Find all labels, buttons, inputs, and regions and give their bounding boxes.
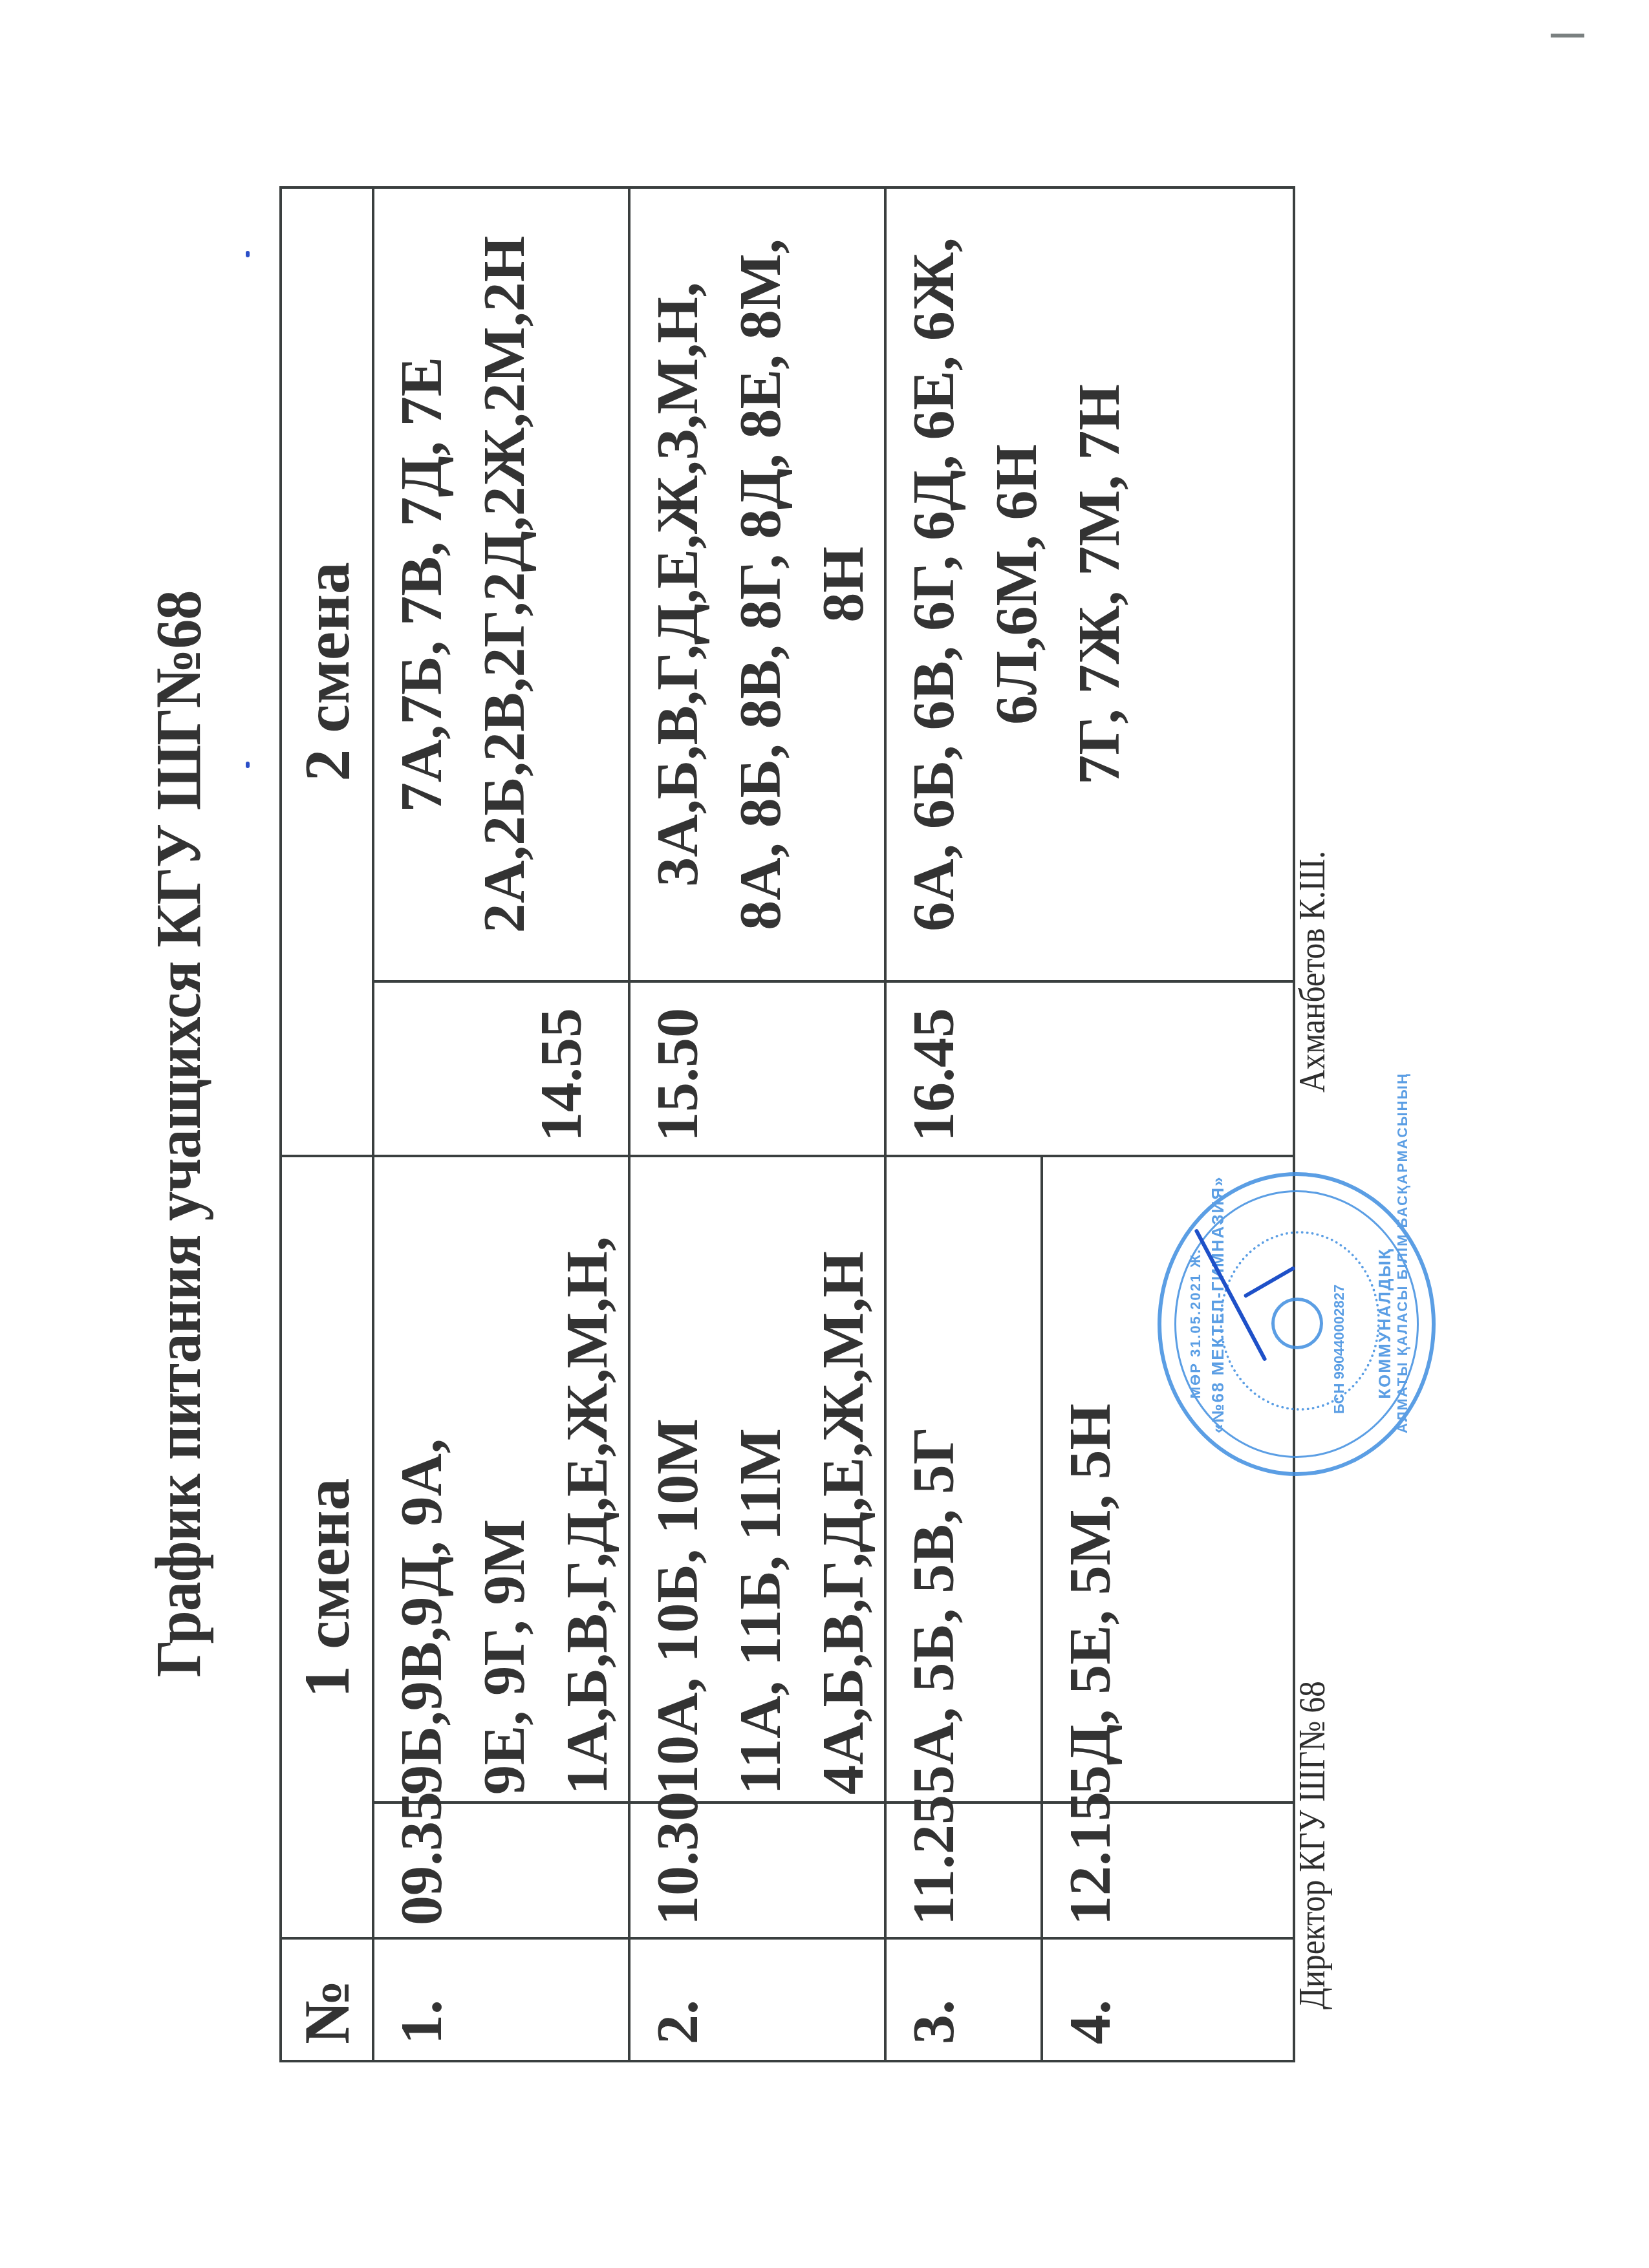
- class-line: 1А,Б,В,Г,Д,Е,Ж,М,Н,: [545, 1157, 628, 1795]
- shift1-time: 10.30: [629, 1803, 885, 1938]
- header-shift-2: 2 смена: [281, 187, 373, 1156]
- row-number: 3.: [885, 1938, 1042, 2061]
- class-line: 9Е, 9Г, 9М: [462, 1157, 545, 1795]
- shift1-time: 12.15: [1042, 1803, 1294, 1938]
- class-line: 5Д, 5Е, 5М, 5Н: [1048, 1157, 1131, 1795]
- shift1-time: 09.35: [373, 1803, 629, 1938]
- scan-edge-mark: [1551, 34, 1584, 37]
- shift1-time: 11.25: [885, 1803, 1042, 1938]
- document-title: График питания учащихся КГУ ШГ№68: [141, 91, 215, 2177]
- director-title: Директор КГУ ШГ№ 68: [1290, 1681, 1333, 2009]
- class-line: 8А, 8Б, 8В, 8Г, 8Д, 8Е, 8М,: [718, 189, 801, 980]
- state-emblem-icon: [1271, 1298, 1323, 1349]
- official-stamp: МӨР 31.05.2021 Ж. «№68 МЕКТЕП-ГИМНАЗИЯ» …: [1158, 1172, 1436, 1476]
- header-number: №: [281, 1938, 373, 2061]
- header-shift-1: 1 смена: [281, 1156, 373, 1938]
- row-number: 4.: [1042, 1938, 1294, 2061]
- meal-schedule-table: № 1 смена 2 смена 1. 09.35 9Б,9В,9Д, 9А,…: [279, 186, 1295, 2062]
- shift1-classes: 10А, 10Б, 10М 11А, 11Б, 11М 4А,Б,В,Г,Д,Е…: [629, 1156, 885, 1803]
- stamp-ring-text-bottom-outer: АЛМАТЫ ҚАЛАСЫ БІЛІМ БАСҚАРМАСЫНЫҢ: [1394, 1214, 1411, 1433]
- shift2-classes: 6А, 6Б, 6В, 6Г, 6Д, 6Е, 6Ж, 6Л,6М, 6Н 7Г…: [885, 187, 1294, 981]
- shift2-classes: 7А,7Б, 7В, 7Д, 7Е 2А,2Б,2В,2Г,2Д,2Ж,2М,2…: [373, 187, 629, 981]
- class-line: 2А,2Б,2В,2Г,2Д,2Ж,2М,2Н: [462, 189, 545, 980]
- table-row: 2. 10.30 10А, 10Б, 10М 11А, 11Б, 11М 4А,…: [629, 187, 885, 2061]
- table-row: 3. 11.25 5А, 5Б, 5В, 5Г 16.45 6А, 6Б, 6В…: [885, 187, 1042, 2061]
- document-page: График питания учащихся КГУ ШГ№68 № 1 см…: [0, 0, 1649, 2268]
- shift2-time: 16.45: [885, 981, 1294, 1156]
- shift1-classes: 9Б,9В,9Д, 9А, 9Е, 9Г, 9М 1А,Б,В,Г,Д,Е,Ж,…: [373, 1156, 629, 1803]
- shift2-classes: 3А,Б,В,Г,Д,Е,Ж,З,М,Н, 8А, 8Б, 8В, 8Г, 8Д…: [629, 187, 885, 981]
- class-line: 9Б,9В,9Д, 9А,: [380, 1157, 462, 1795]
- class-line: 3А,Б,В,Г,Д,Е,Ж,З,М,Н,: [636, 189, 718, 980]
- stamp-ring-text-top: «№68 МЕКТЕП-ГИМНАЗИЯ»: [1208, 1214, 1228, 1433]
- class-line: 6А, 6Б, 6В, 6Г, 6Д, 6Е, 6Ж,: [892, 189, 975, 980]
- shift2-time: 14.55: [373, 981, 629, 1156]
- row-number: 1.: [373, 1938, 629, 2061]
- stamp-date-text: МӨР 31.05.2021 Ж.: [1187, 1214, 1204, 1433]
- table-header-row: № 1 смена 2 смена: [281, 187, 373, 2061]
- scan-speck: [246, 251, 250, 257]
- class-line: 6Л,6М, 6Н: [975, 189, 1057, 980]
- table-row: 1. 09.35 9Б,9В,9Д, 9А, 9Е, 9Г, 9М 1А,Б,В…: [373, 187, 629, 2061]
- shift2-time: 15.50: [629, 981, 885, 1156]
- class-line: 5А, 5Б, 5В, 5Г: [892, 1157, 975, 1795]
- class-line: 10А, 10Б, 10М: [636, 1157, 718, 1795]
- row-number: 2.: [629, 1938, 885, 2061]
- class-line: 4А,Б,В,Г,Д,Е,Ж,М,Н: [801, 1157, 884, 1795]
- stamp-ring-text-bottom: КОММУНАЛДЫҚ: [1375, 1214, 1395, 1433]
- scan-speck: [246, 762, 250, 768]
- director-name: Ахманбетов К.Ш.: [1290, 851, 1333, 1093]
- class-line: 11А, 11Б, 11М: [718, 1157, 801, 1795]
- shift1-classes: 5А, 5Б, 5В, 5Г: [885, 1156, 1042, 1803]
- class-line: 8Н: [801, 189, 884, 980]
- class-line: 7Г, 7Ж, 7М, 7Н: [1057, 189, 1140, 980]
- stamp-bin: БСН 990440002827: [1331, 1285, 1348, 1414]
- class-line: 7А,7Б, 7В, 7Д, 7Е: [380, 189, 462, 980]
